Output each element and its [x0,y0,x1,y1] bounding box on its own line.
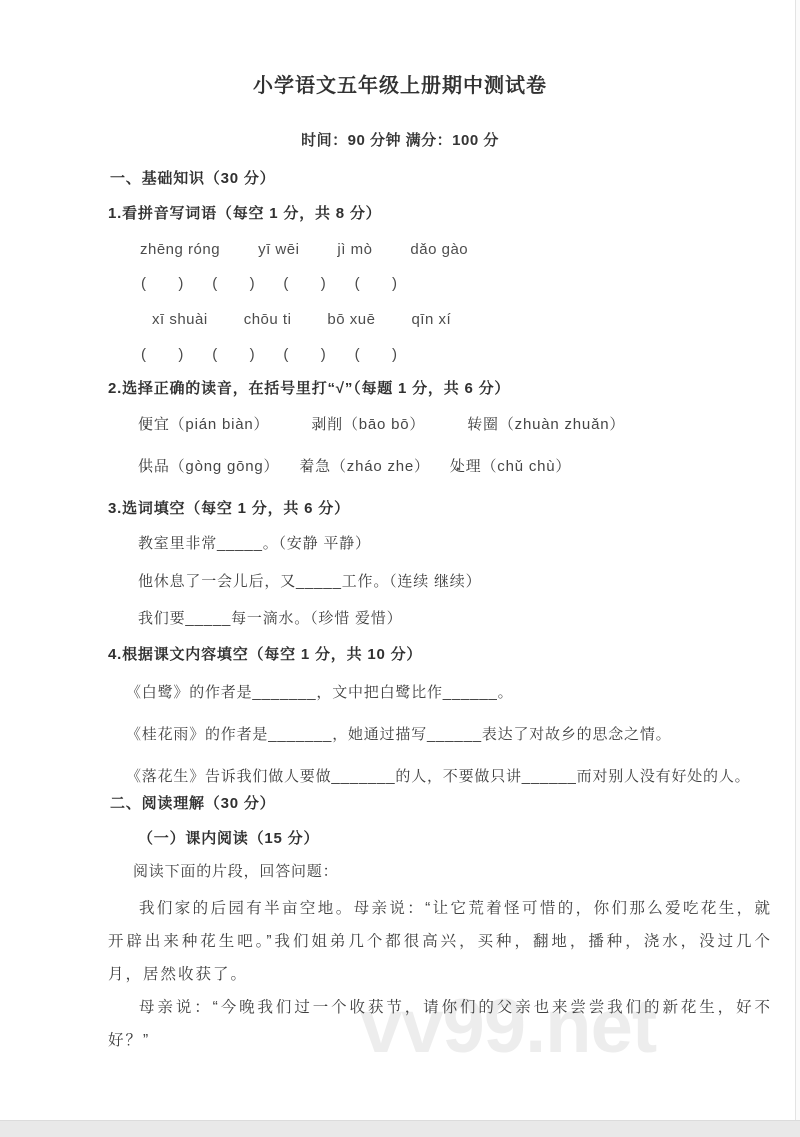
course-fill-line: 《桂花雨》的作者是_______，她通过描写______表达了对故乡的思念之情。 [126,720,766,750]
pinyin-word: qīn xí [411,308,451,332]
pinyin-word: xī shuài [152,308,208,332]
reading-passage-paragraph-2: 母亲说：“今晚我们过一个收获节，请你们的父亲也来尝尝我们的新花生，好不好？” [108,991,772,1057]
pinyin-reading: （pián biàn） [170,416,270,433]
word-rest: 宜 [154,416,170,433]
answer-bracket: ( ) [355,272,398,296]
word-choice: 便宜（pián biàn） [138,413,269,437]
pinyin-word: jì mò [337,238,372,262]
q3-heading: 3.选词填空（每空 1 分，共 6 分） [108,497,800,521]
page-title: 小学语文五年级上册期中测试卷 [0,0,800,100]
pinyin-reading: （zháo zhe） [331,458,430,475]
pinyin-word: bō xuē [327,308,375,332]
page-gap-strip [0,1120,800,1137]
answer-bracket: ( ) [141,272,184,296]
word-rest: 圈 [483,416,499,433]
answer-bracket: ( ) [355,343,398,367]
pinyin-word: zhēng róng [140,238,220,262]
word-rest: 削 [327,416,343,433]
answer-bracket: ( ) [212,272,255,296]
word-choice: 着急（zháo zhe） [299,455,430,479]
course-fill-line: 《落花生》告诉我们做人要做_______的人，不要做只讲______而对别人没有… [126,762,766,792]
emphasized-char: 处 [450,458,466,475]
section-basics-heading: 一、基础知识（30 分） [110,167,800,191]
pinyin-reading: （gòng gōng） [170,458,280,475]
reading-passage-paragraph-1: 我们家的后园有半亩空地。母亲说：“让它荒着怪可惜的，你们那么爱吃花生，就开辟出来… [108,892,772,991]
course-fill-line: 《白鹭》的作者是_______，文中把白鹭比作______。 [126,678,766,708]
emphasized-char: 剥 [311,416,327,433]
word-rest: 品 [154,458,170,475]
answer-brackets-row-2: ( ) ( ) ( ) ( ) [141,343,800,367]
emphasized-char: 转 [467,416,483,433]
pinyin-word: dǎo gào [410,238,468,262]
exam-time-score-line: 时间：90 分钟 满分：100 分 [0,128,800,154]
pronunciation-choice-row-1: 便宜（pián biàn） 剥削（bāo bō） 转圈（zhuàn zhuǎn） [138,413,800,437]
pinyin-reading: （zhuàn zhuǎn） [499,416,625,433]
fill-blank-line: 教室里非常_____。（安静 平静） [138,532,800,556]
answer-bracket: ( ) [283,272,326,296]
pinyin-word: chōu ti [244,308,292,332]
fill-blank-line: 他休息了一会儿后，又_____工作。（连续 继续） [138,570,800,594]
answer-brackets-row-1: ( ) ( ) ( ) ( ) [141,272,800,296]
word-choice: 转圈（zhuàn zhuǎn） [467,413,625,437]
pronunciation-choice-row-2: 供品（gòng gōng） 着急（zháo zhe） 处理（chǔ chù） [138,455,800,479]
reading-instruction: 阅读下面的片段，回答问题： [133,860,800,884]
q4-heading: 4.根据课文内容填空（每空 1 分，共 10 分） [108,643,800,667]
word-rest: 理 [466,458,482,475]
fill-blank-line: 我们要_____每一滴水。（珍惜 爱惜） [138,607,800,631]
emphasized-char: 便 [138,416,154,433]
word-rest: 急 [315,458,331,475]
pinyin-row-2: xī shuài chōu ti bō xuē qīn xí [152,308,800,332]
q1-heading: 1.看拼音写词语（每空 1 分，共 8 分） [108,202,800,226]
answer-bracket: ( ) [141,343,184,367]
section-reading-heading: 二、阅读理解（30 分） [110,792,800,816]
pinyin-reading: （chǔ chù） [481,458,571,475]
word-choice: 供品（gòng gōng） [138,455,279,479]
answer-bracket: ( ) [283,343,326,367]
reading-part1-heading: （一）课内阅读（15 分） [138,827,800,851]
pinyin-row-1: zhēng róng yī wēi jì mò dǎo gào [140,238,800,262]
word-choice: 剥削（bāo bō） [311,413,425,437]
q2-heading: 2.选择正确的读音，在括号里打“√”（每题 1 分，共 6 分） [108,377,800,401]
document-page: vv99.net 小学语文五年级上册期中测试卷 时间：90 分钟 满分：100 … [0,0,800,1137]
emphasized-char: 着 [299,458,315,475]
exam-paper-content: 小学语文五年级上册期中测试卷 时间：90 分钟 满分：100 分 一、基础知识（… [0,0,800,1057]
pinyin-word: yī wēi [258,238,299,262]
answer-bracket: ( ) [212,343,255,367]
emphasized-char: 供 [138,458,154,475]
word-choice: 处理（chǔ chù） [450,455,571,479]
page-right-edge [795,0,800,1137]
pinyin-reading: （bāo bō） [343,416,425,433]
